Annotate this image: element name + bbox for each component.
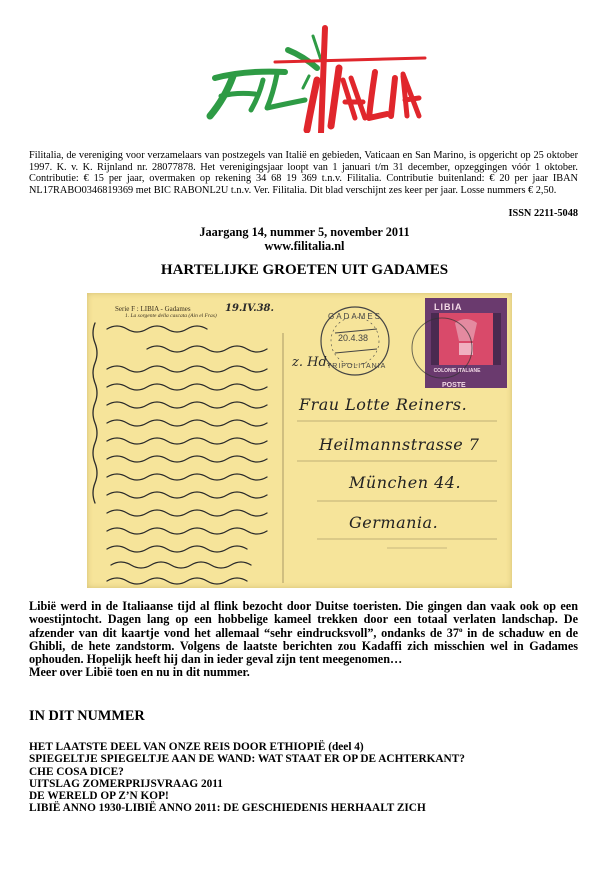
postcard-address-line: Heilmannstrasse 7 — [319, 435, 479, 454]
filitalia-logo — [175, 18, 435, 133]
association-intro: Filitalia, de vereniging voor verzamelaa… — [29, 150, 578, 197]
stamp-poste: POSTE — [442, 382, 466, 389]
contents-item: LIBIË ANNO 1930-LIBIË ANNO 2011: DE GESC… — [29, 802, 465, 814]
issn-number: ISSN 2211-5048 — [29, 208, 578, 220]
contents-item: CHE COSA DICE? — [29, 766, 465, 778]
postcard-series-caption: Serie F : LIBIA - Gadames — [115, 305, 191, 313]
contents-item: SPIEGELTJE SPIEGELTJE AAN DE WAND: WAT S… — [29, 753, 465, 765]
postcard-address-line: München 44. — [349, 473, 461, 492]
stamp-country: LIBIA — [434, 302, 463, 312]
postcard-greeting-abbrev: z. Hd. — [292, 355, 331, 370]
postcard-handwritten-date: 19.IV.38. — [225, 303, 274, 314]
logo-graphic — [175, 18, 435, 133]
postmark-bottom: TRIPOLITANIA — [327, 363, 386, 370]
issue-info: Jaargang 14, nummer 5, november 2011 — [0, 226, 609, 240]
postcard-subcaption: 1. La sorgente della cascata (Ain el Fra… — [125, 313, 217, 319]
postmark-top: GADAMES — [328, 312, 382, 321]
stamp-text: COLONIE ITALIANE — [432, 369, 482, 375]
closing-line: Meer over Libië toen en nu in dit nummer… — [29, 666, 578, 679]
contents-item: HET LAATSTE DEEL VAN ONZE REIS DOOR ETHI… — [29, 741, 465, 753]
contents-list: HET LAATSTE DEEL VAN ONZE REIS DOOR ETHI… — [29, 741, 465, 815]
contents-item: DE WERELD OP Z’N KOP! — [29, 790, 465, 802]
postcard-address-line: Germania. — [349, 513, 438, 532]
contents-heading: IN DIT NUMMER — [29, 708, 145, 724]
postcard-address-line: Frau Lotte Reiners. — [299, 395, 467, 414]
postcard-image: Serie F : LIBIA - Gadames 1. La sorgente… — [87, 293, 512, 588]
website-link[interactable]: www.filitalia.nl — [0, 240, 609, 254]
article-body: Libië werd in de Italiaanse tijd al flin… — [29, 600, 578, 680]
postmark-date: 20.4.38 — [338, 333, 368, 343]
article-paragraph: Libië werd in de Italiaanse tijd al flin… — [29, 600, 578, 666]
intro-text: Filitalia, de vereniging voor verzamelaa… — [29, 150, 578, 197]
contents-item: UITSLAG ZOMERPRIJSVRAAG 2011 — [29, 778, 465, 790]
article-title: HARTELIJKE GROETEN UIT GADAMES — [0, 262, 609, 279]
